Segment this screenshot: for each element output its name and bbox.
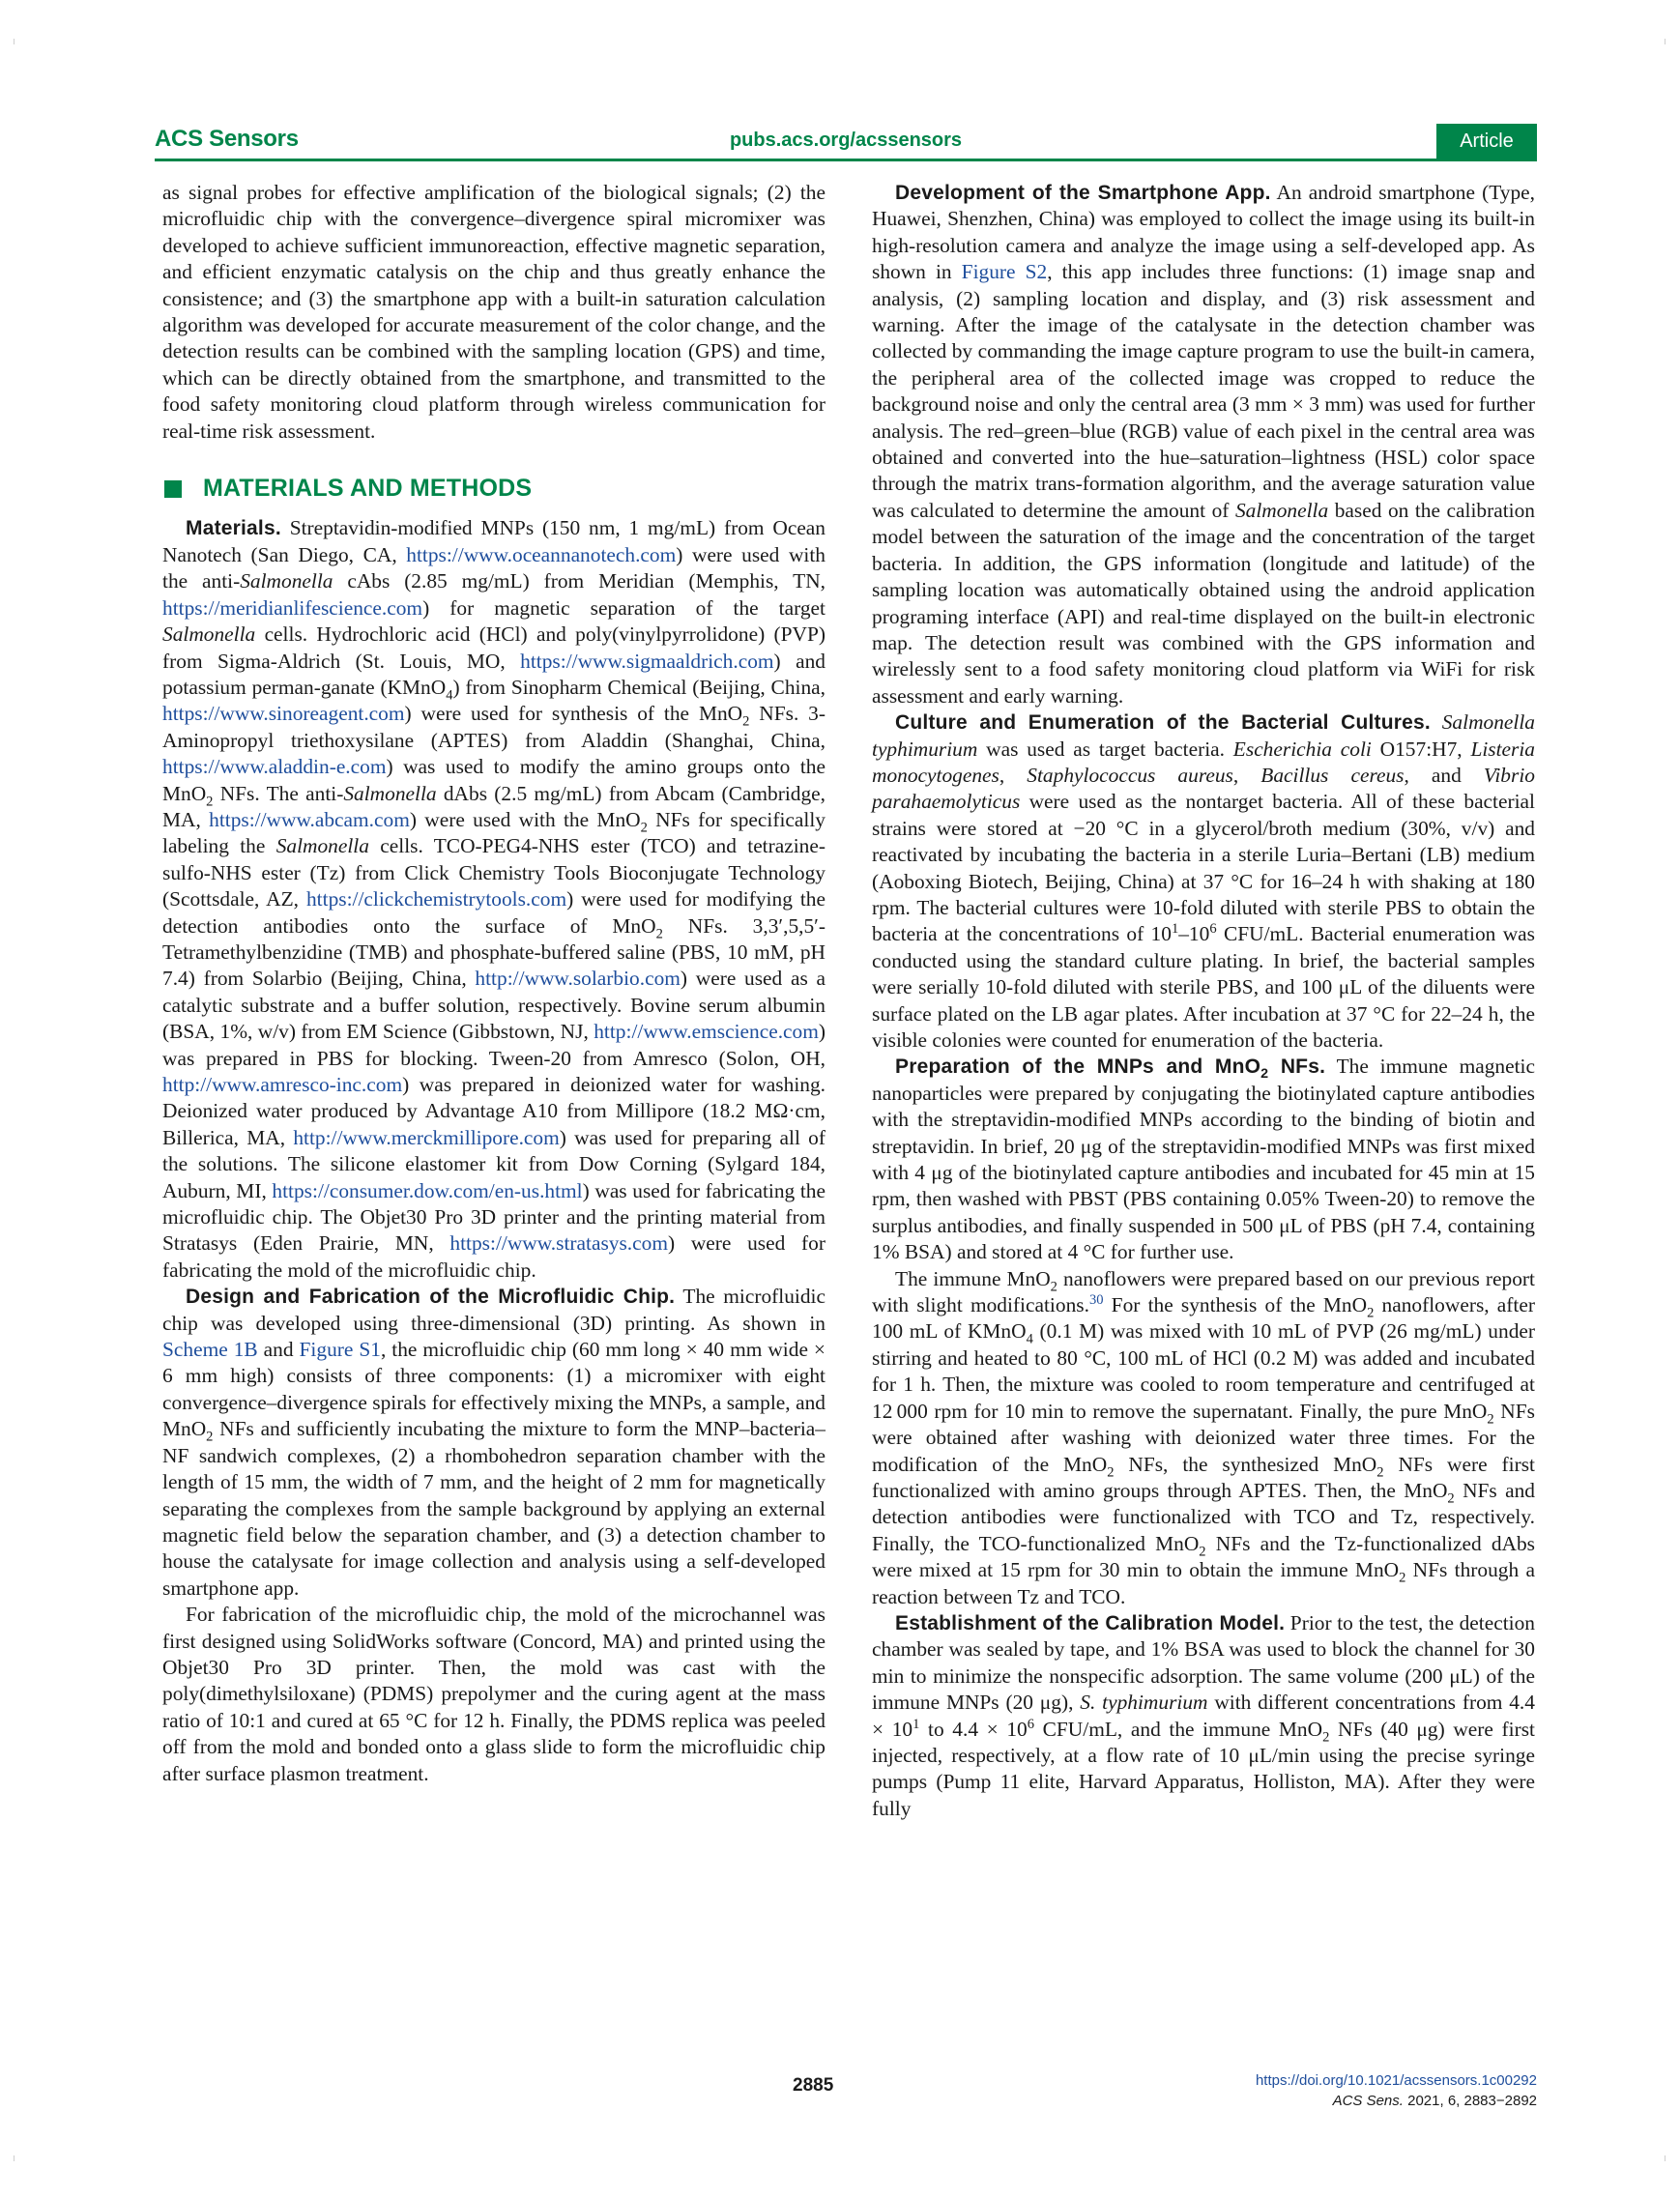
citation: ACS Sens. 2021, 6, 2883−2892 (1333, 2093, 1537, 2109)
article-type-badge: Article (1436, 124, 1537, 161)
italic-term: Bacillus cereus (1260, 764, 1404, 787)
inline-link[interactable]: https://www.stratasys.com (449, 1231, 668, 1255)
section-square-icon (164, 480, 182, 498)
inline-link[interactable]: Figure S1 (300, 1338, 381, 1361)
subsection-title: Design and Fabrication of the Microfluid… (186, 1286, 675, 1308)
italic-term: Salmonella (1235, 499, 1328, 522)
inline-link[interactable]: http://www.emscience.com (594, 1020, 819, 1043)
inline-link[interactable]: Scheme 1B (162, 1338, 258, 1361)
nanoflower-paragraph: The immune MnO2 nanoflowers were prepare… (872, 1266, 1535, 1610)
running-header: ACS Sensors pubs.acs.org/acssensors Arti… (155, 124, 1537, 161)
subsection-title: Development of the Smartphone App. (895, 182, 1271, 204)
inline-link[interactable]: https://www.aladdin-e.com (162, 755, 386, 778)
italic-term: Escherichia coli (1233, 737, 1372, 761)
subsection-title: Establishment of the Calibration Model. (895, 1612, 1285, 1634)
italic-term: Salmonella (162, 622, 255, 646)
inline-link[interactable]: Figure S2 (962, 260, 1048, 283)
crop-mark (1665, 39, 1666, 44)
italic-term: Salmonella (343, 782, 436, 805)
crop-mark (1665, 2155, 1666, 2161)
calibration-paragraph: Establishment of the Calibration Model. … (872, 1610, 1535, 1822)
smartphone-app-paragraph: Development of the Smartphone App. An an… (872, 180, 1535, 709)
italic-term: Salmonella (240, 569, 333, 593)
inline-link[interactable]: http://www.solarbio.com (475, 967, 681, 990)
reference-link[interactable]: 30 (1089, 1292, 1104, 1308)
inline-link[interactable]: https://clickchemistrytools.com (306, 887, 566, 911)
right-column: Development of the Smartphone App. An an… (872, 180, 1535, 1822)
subsection-title: Materials. (186, 517, 281, 539)
fabrication-paragraph: For fabrication of the microfluidic chip… (162, 1602, 826, 1787)
inline-link[interactable]: https://www.sinoreagent.com (162, 702, 405, 725)
section-heading: MATERIALS AND METHODS (162, 476, 826, 502)
article-page: ACS Sensors pubs.acs.org/acssensors Arti… (0, 0, 1680, 2198)
materials-paragraph: Materials. Streptavidin-modified MNPs (1… (162, 515, 826, 1284)
design-paragraph: Design and Fabrication of the Microfluid… (162, 1284, 826, 1602)
subsection-title: Preparation of the MNPs and MnO2 NFs. (895, 1056, 1325, 1078)
subsection-title: Culture and Enumeration of the Bacterial… (895, 711, 1431, 734)
inline-link[interactable]: https://meridianlifescience.com (162, 596, 422, 620)
inline-link[interactable]: http://www.amresco-inc.com (162, 1073, 402, 1096)
inline-link[interactable]: https://www.sigmaaldrich.com (520, 650, 773, 673)
inline-link[interactable]: https://consumer.dow.com/en-us.html (272, 1179, 582, 1202)
inline-link[interactable]: https://www.abcam.com (209, 808, 410, 831)
culture-paragraph: Culture and Enumeration of the Bacterial… (872, 709, 1535, 1054)
inline-link[interactable]: http://www.merckmillipore.com (293, 1126, 559, 1149)
crop-mark (14, 2155, 14, 2161)
intro-paragraph: as signal probes for effective amplifica… (162, 180, 826, 445)
italic-term: S. typhimurium (1080, 1691, 1207, 1714)
italic-term: Staphylococcus aureus (1027, 764, 1233, 787)
left-column: as signal probes for effective amplifica… (162, 180, 826, 1787)
section-heading-text: MATERIALS AND METHODS (203, 476, 532, 502)
doi-link[interactable]: https://doi.org/10.1021/acssensors.1c002… (1256, 2072, 1537, 2089)
page-number: 2885 (793, 2075, 833, 2097)
crop-mark (14, 39, 14, 44)
journal-url[interactable]: pubs.acs.org/acssensors (155, 130, 1537, 152)
preparation-paragraph: Preparation of the MNPs and MnO2 NFs. Th… (872, 1054, 1535, 1265)
inline-link[interactable]: https://www.oceannanotech.com (406, 543, 676, 566)
italic-term: Salmonella (276, 834, 369, 857)
